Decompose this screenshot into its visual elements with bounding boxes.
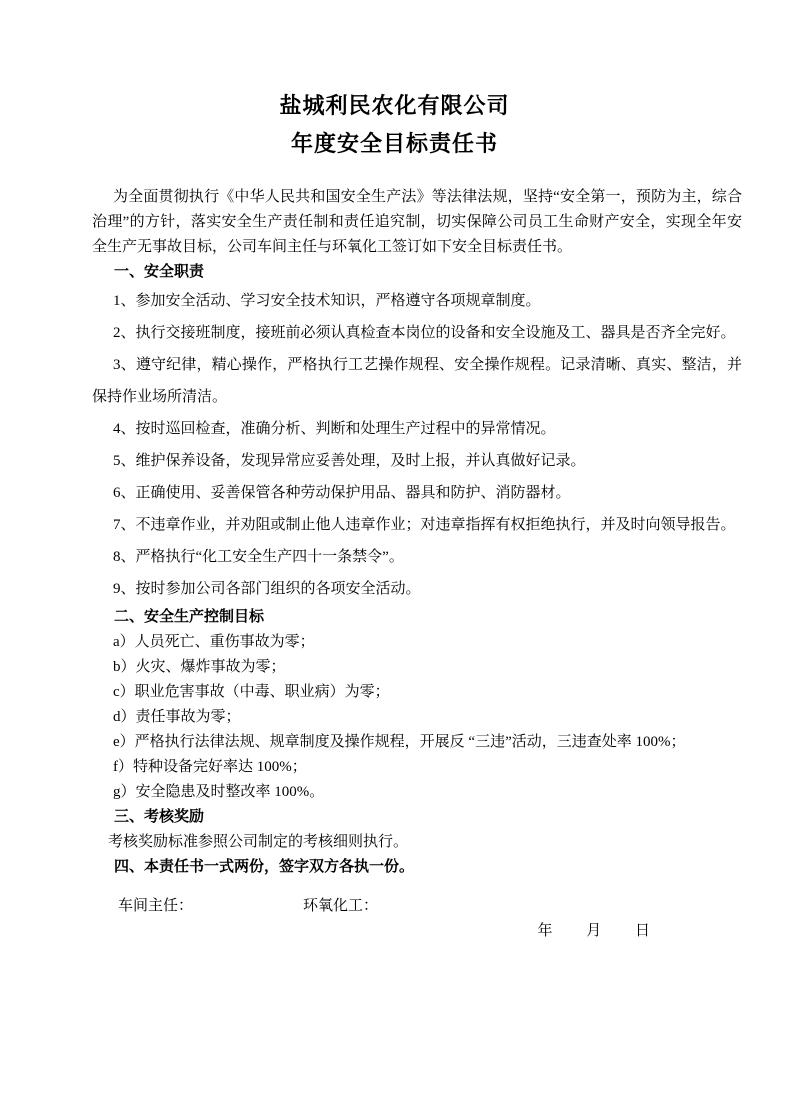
duty-item-7: 7、不违章作业，并劝阻或制止他人违章作业；对违章指挥有权拒绝执行，并及时向领导报… [92, 509, 742, 541]
date-year-label: 年 [537, 923, 552, 939]
signature-label-epoxy-worker: 环氧化工： [303, 894, 378, 919]
duty-item-8: 8、严格执行“化工安全生产四十一条禁令”。 [92, 541, 742, 573]
signature-row: 车间主任： 环氧化工： [118, 894, 742, 919]
control-target-c: c）职业危害事故（中毒、职业病）为零； [92, 680, 742, 705]
control-target-a: a）人员死亡、重伤事故为零； [92, 630, 742, 655]
control-target-g: g）安全隐患及时整改率 100%。 [92, 780, 742, 805]
control-target-e: e）严格执行法律法规、规章制度及操作规程，开展反 “三违”活动，三违查处率 10… [92, 730, 742, 755]
signature-label-workshop-director: 车间主任： [118, 894, 193, 919]
section-heading-copies-statement: 四、本责任书一式两份，签字双方各执一份。 [92, 855, 742, 880]
control-target-b: b）火灾、爆炸事故为零； [92, 655, 742, 680]
document-body: 为全面贯彻执行《中华人民共和国安全生产法》等法律法规，坚持“安全第一，预防为主，… [0, 185, 789, 944]
section-heading-assessment-reward: 三、考核奖励 [92, 805, 742, 830]
duty-item-5: 5、维护保养设备，发现异常应妥善处理，及时上报，并认真做好记录。 [92, 445, 742, 477]
section-heading-control-targets: 二、安全生产控制目标 [92, 605, 742, 630]
duty-item-1: 1、参加安全活动、学习安全技术知识，严格遵守各项规章制度。 [92, 285, 742, 317]
duty-item-6: 6、正确使用、妥善保管各种劳动保护用品、器具和防护、消防器材。 [92, 477, 742, 509]
date-month-label: 月 [586, 923, 601, 939]
duty-item-4: 4、按时巡回检查，准确分析、判断和处理生产过程中的异常情况。 [92, 413, 742, 445]
intro-paragraph: 为全面贯彻执行《中华人民共和国安全生产法》等法律法规，坚持“安全第一，预防为主，… [92, 185, 742, 260]
duty-item-3: 3、遵守纪律，精心操作，严格执行工艺操作规程、安全操作规程。记录清晰、真实、整洁… [92, 349, 742, 413]
document-title: 年度安全目标责任书 [0, 133, 789, 155]
control-target-d: d）责任事故为零； [92, 705, 742, 730]
duty-item-2: 2、执行交接班制度，接班前必须认真检查本岗位的设备和安全设施及工、器具是否齐全完… [92, 317, 742, 349]
control-target-f: f）特种设备完好率达 100%； [92, 755, 742, 780]
assessment-reward-body: 考核奖励标准参照公司制定的考核细则执行。 [92, 830, 742, 855]
date-day-label: 日 [635, 923, 650, 939]
section-heading-safety-duties: 一、安全职责 [92, 260, 742, 285]
document-page: 盐城利民农化有限公司 年度安全目标责任书 为全面贯彻执行《中华人民共和国安全生产… [0, 0, 789, 1118]
duty-item-9: 9、按时参加公司各部门组织的各项安全活动。 [92, 573, 742, 605]
company-title: 盐城利民农化有限公司 [0, 95, 789, 117]
date-row: 年 月 日 [92, 919, 742, 944]
